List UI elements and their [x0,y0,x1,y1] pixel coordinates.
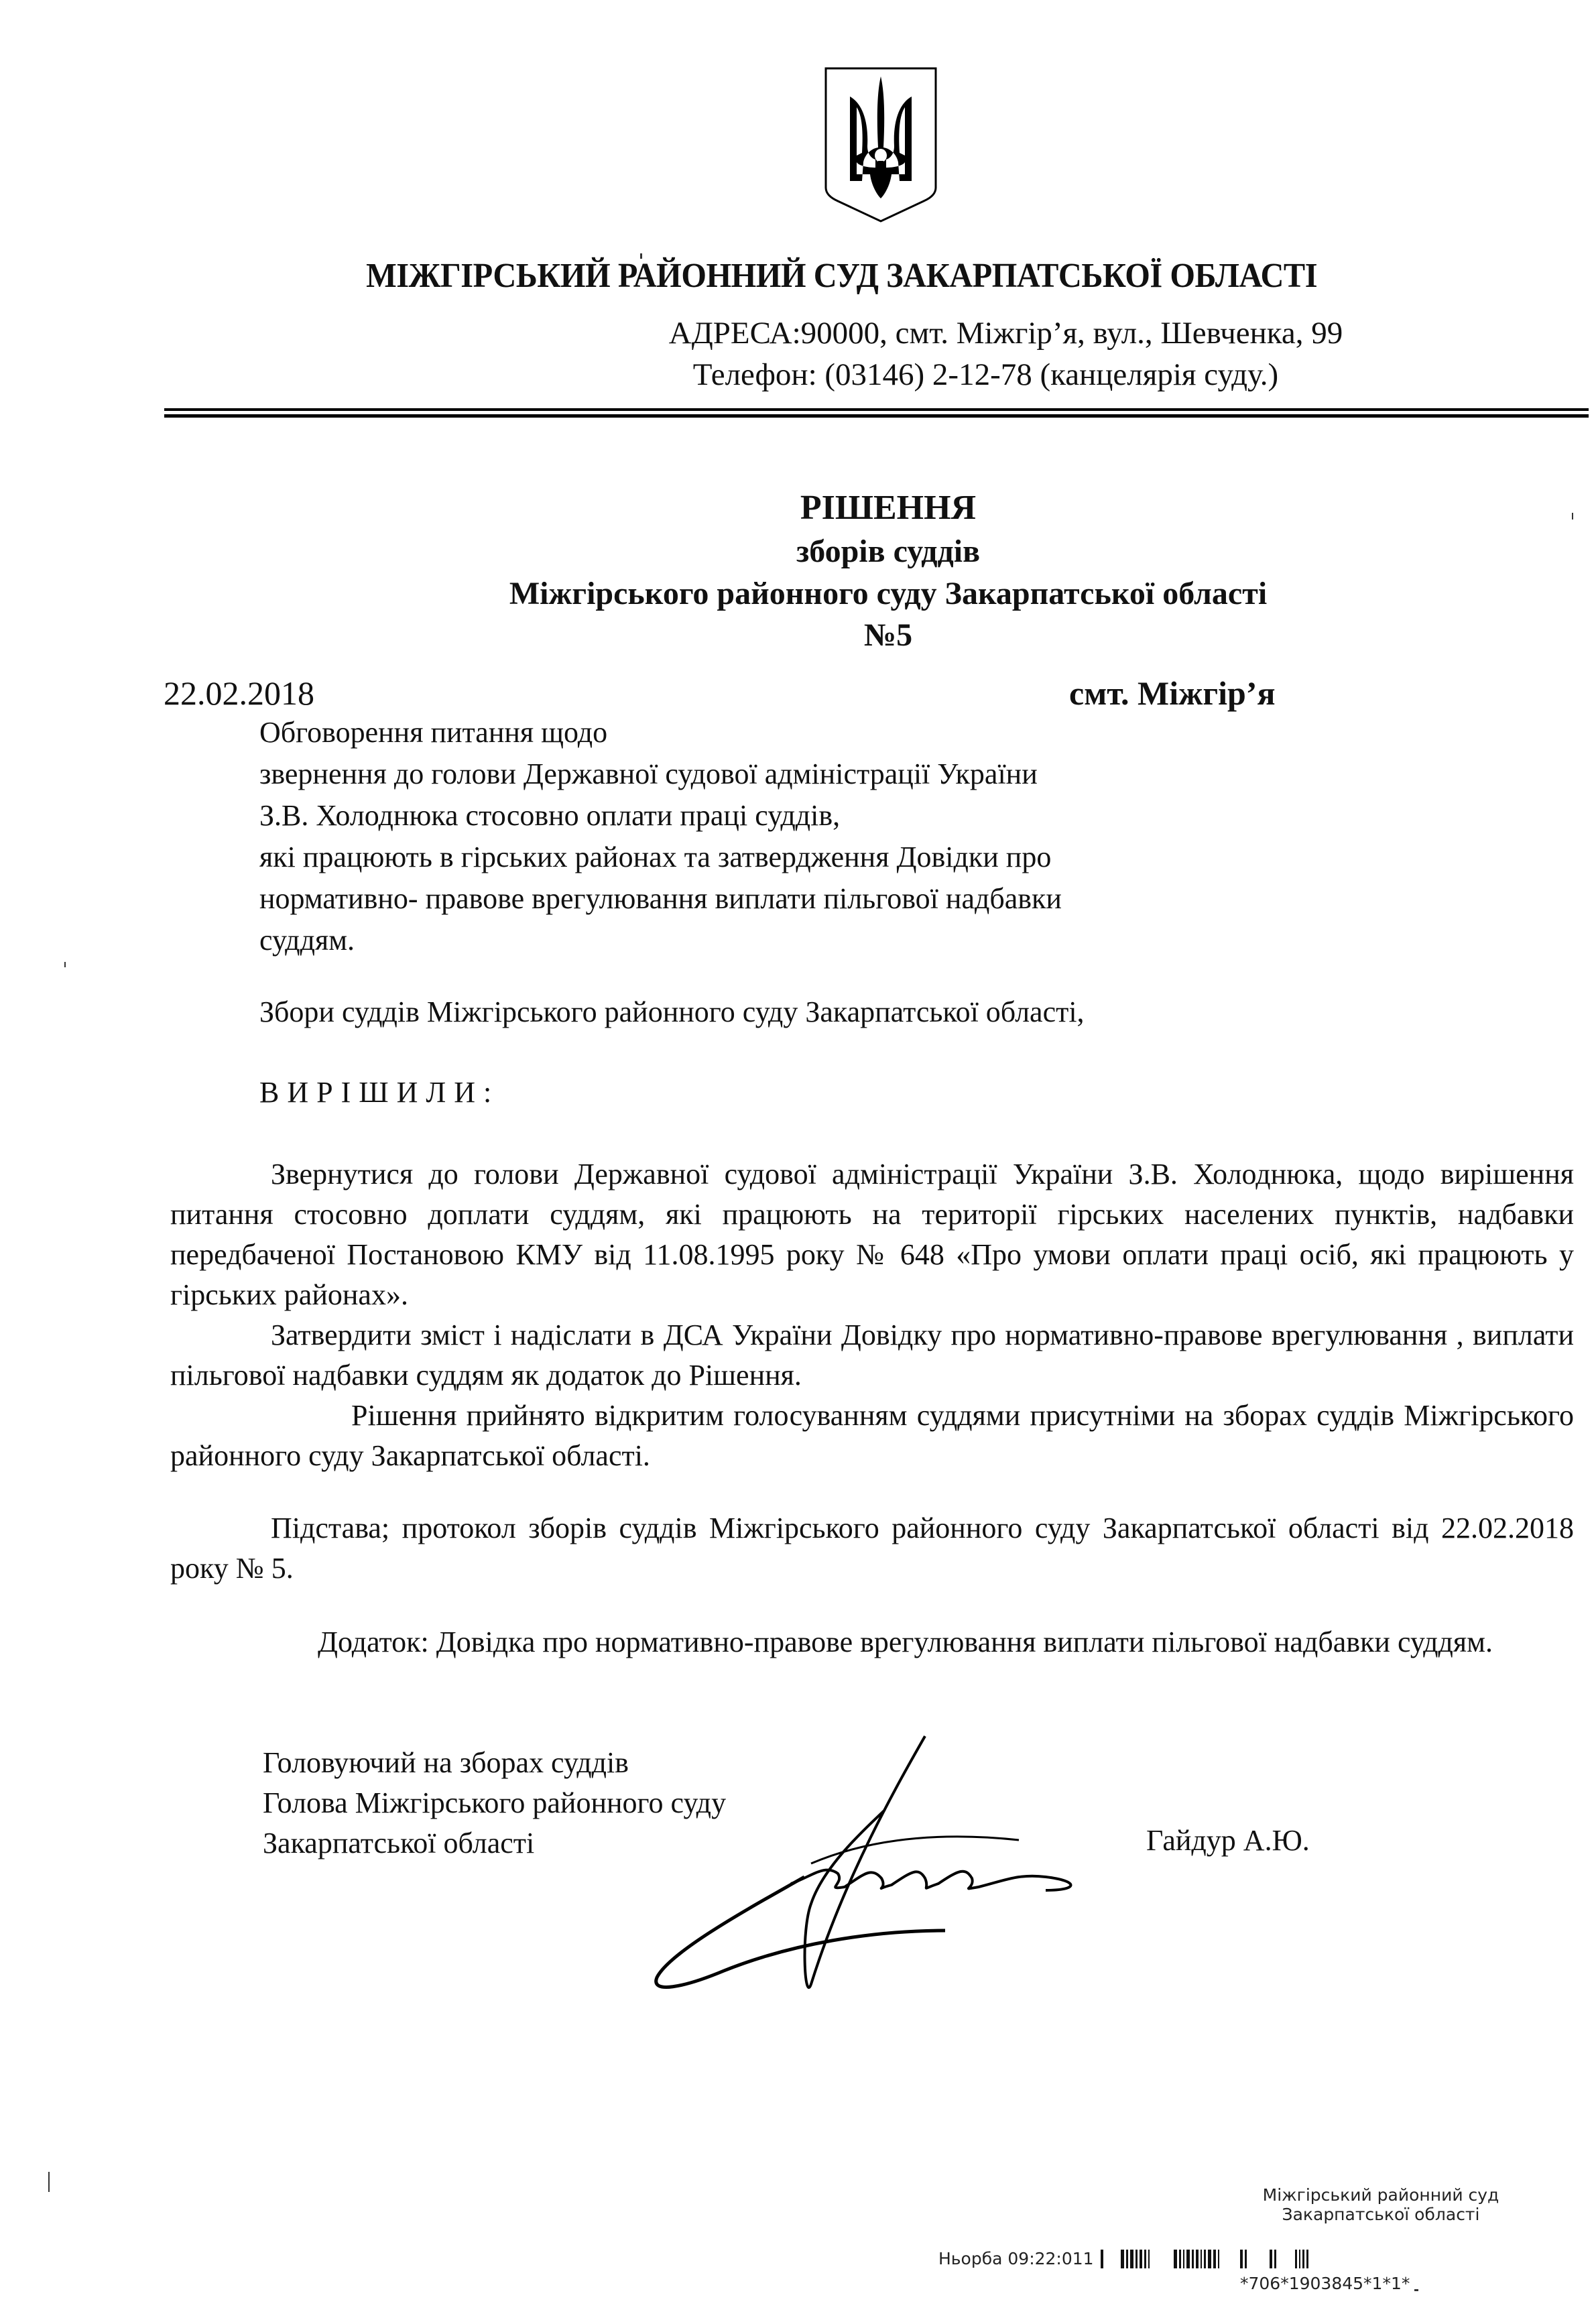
barcode-icon [1101,2250,1308,2268]
scan-speck [1572,513,1573,520]
court-address: АДРЕСА:90000, смт. Міжгір’я, вул., Шевче… [0,315,1596,351]
subject-line: звернення до голови Державної судової ад… [259,753,1265,795]
scan-speck [64,962,66,967]
subject-line: З.В. Холоднюка стосовно оплати праці суд… [259,795,1265,837]
subject-line: які працюють в гірських районах та затве… [259,837,1265,878]
decision-number: №5 [335,617,1441,654]
paragraph-basis: Підстава; протокол зборів суддів Міжгірс… [170,1508,1574,1589]
signatory-name: Гайдур А.Ю. [1146,1823,1310,1857]
subject-line: нормативно- правове врегулювання виплати… [259,878,1265,920]
scan-speck [1414,2289,1418,2291]
barcode-row: Ньорба 09:22:011 [938,2249,1308,2268]
paragraph-attachment: Додаток: Довідка про нормативно-правове … [170,1622,1574,1662]
court-phone: Телефон: (03146) 2-12-78 (канцелярія суд… [0,357,1596,393]
barcode-number: *706*1903845*1*1* [1240,2274,1410,2293]
barcode-prefix: Ньорба 09:22:011 [938,2249,1094,2268]
coat-of-arms-icon [823,67,938,223]
resolved-heading: ВИРІШИЛИ: [259,1073,863,1113]
decision-court: Міжгірського районного суду Закарпатсько… [335,575,1441,612]
decision-subtitle: зборів суддів [335,533,1441,570]
paragraph-appeal: Звернутися до голови Державної судової а… [170,1154,1574,1315]
assembly-line: Збори суддів Міжгірського районного суду… [259,992,1466,1032]
decision-place: смт. Міжгір’я [1069,674,1276,713]
subject-line: суддям. [259,920,1265,961]
decision-title: РІШЕННЯ [335,488,1441,528]
decision-date: 22.02.2018 [164,674,314,713]
paragraph-vote: Рішення прийнято відкритим голосуванням … [170,1396,1574,1476]
paragraph-approve: Затвердити зміст і надіслати в ДСА Украї… [170,1315,1574,1396]
subject-line: Обговорення питання щодо [259,712,1265,753]
scan-speck [48,2172,50,2192]
registry-stamp: Міжгірський районний суд Закарпатської о… [1180,2185,1582,2224]
stamp-org-line: Міжгірський районний суд [1180,2185,1582,2205]
scan-speck [640,253,642,259]
letterhead-divider-top [164,408,1589,411]
subject-block: Обговорення питання щодо звернення до го… [259,712,1265,961]
letterhead-divider-bottom [164,414,1589,418]
stamp-org-line: Закарпатської області [1180,2205,1582,2224]
handwritten-signature-icon [643,1729,1126,2011]
court-name-heading: МІЖГІРСЬКИЙ РАЙОННИЙ СУД ЗАКАРПАТСЬКОЇ О… [56,256,1540,296]
